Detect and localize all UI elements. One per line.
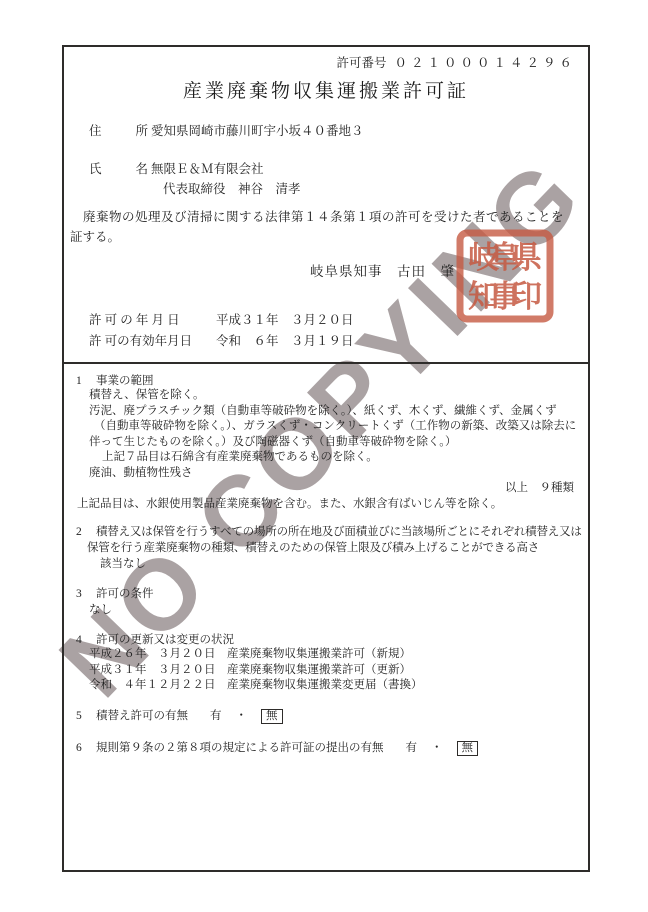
section2-answer: 該当なし xyxy=(100,555,146,571)
section1-line: 廃油、動植物性残さ xyxy=(89,466,576,482)
expiry-date-row: 許 可の有効年月日令和 ６年 ３月１９日 xyxy=(89,331,354,349)
section6-row: 6規則第９条の２第８項の規定による許可証の提出の有無有・無 xyxy=(76,739,478,755)
section1-title: 事業の範囲 xyxy=(96,375,154,387)
section1-line: 積替え、保管を除く。 xyxy=(89,388,576,404)
section5-yes-option: 有 xyxy=(210,710,222,722)
permit-document-frame: 許可番号０２１０００１４２９６ 産業廃棄物収集運搬業許可証 住 所愛知県岡崎市藤… xyxy=(62,45,590,872)
section1-mercury-note: 上記品目は、水銀使用製品産業廃棄物を含む。また、水銀含有ばいじん等を除く。 xyxy=(77,495,502,511)
section5-no-selected: 無 xyxy=(261,709,283,724)
permit-number-value: ０２１０００１４２９６ xyxy=(394,56,576,70)
section5-separator-dot: ・ xyxy=(236,710,248,722)
section1-body: 積替え、保管を除く。 汚泥、廃プラスチック類（自動車等破砕物を除く。）、紙くず、… xyxy=(89,388,576,482)
section4-title: 許可の更新又は変更の状況 xyxy=(96,634,234,646)
history-row: 令和 ４年１２月２２日 産業廃棄物収集運搬業変更届（書換） xyxy=(89,678,423,694)
svg-text:知事印: 知事印 xyxy=(468,279,542,314)
history-row: 平成３１年 ３月２０日 産業廃棄物収集運搬業許可（更新） xyxy=(89,663,423,679)
section6-title: 規則第９条の２第８項の規定による許可証の提出の有無 xyxy=(96,742,384,754)
section5-title: 積替え許可の有無 xyxy=(96,710,188,722)
section3-heading: 3許可の条件 xyxy=(76,585,154,601)
section5-number: 5 xyxy=(76,710,96,722)
section1-line: 汚泥、廃プラスチック類（自動車等破砕物を除く。）、紙くず、木くず、繊維くず、金属… xyxy=(89,404,576,420)
section2-line1: 2積替え又は保管を行うすべての場所の所在地及び面積並びに当該場所ごとにそれぞれ積… xyxy=(76,523,582,539)
section1-total-count: 以上 ９種類 xyxy=(505,479,574,495)
section6-separator-dot: ・ xyxy=(431,742,443,754)
section3-title: 許可の条件 xyxy=(96,588,154,600)
section6-number: 6 xyxy=(76,742,96,754)
governor-seal-stamp-icon: 岐阜県 知事印 xyxy=(455,228,555,324)
permit-date-row: 許 可 の 年 月 日平成３１年 ３月２０日 xyxy=(89,310,354,328)
section1-line: （自動車等破砕物を除く。）、ガラスくず・コンクリートくず（工作物の新築、改築又は… xyxy=(89,419,576,435)
permit-number-line: 許可番号０２１０００１４２９６ xyxy=(336,53,576,71)
permit-number-label: 許可番号 xyxy=(336,56,386,70)
governor-name: 岐阜県知事 古田 肇 xyxy=(310,260,455,280)
section4-heading: 4許可の更新又は変更の状況 xyxy=(76,631,234,647)
address-value: 愛知県岡崎市藤川町宇小坂４０番地３ xyxy=(151,124,364,138)
section3-answer: なし xyxy=(89,601,112,617)
address-label: 住 所 xyxy=(89,121,151,139)
section2-text1: 積替え又は保管を行うすべての場所の所在地及び面積並びに当該場所ごとにそれぞれ積替… xyxy=(96,526,582,538)
section4-number: 4 xyxy=(76,634,96,646)
company-name: 無限Ｅ＆Ｍ有限会社 xyxy=(151,162,264,176)
section1-line: 伴って生じたものを除く。）及び陶磁器くず（自動車等破砕物を除く。） xyxy=(89,435,576,451)
document-title: 産業廃棄物収集運搬業許可証 xyxy=(64,76,588,103)
holder-address-row: 住 所愛知県岡崎市藤川町宇小坂４０番地３ xyxy=(89,121,364,139)
svg-text:岐阜県: 岐阜県 xyxy=(468,240,542,275)
holder-name-row: 氏 名無限Ｅ＆Ｍ有限会社 xyxy=(89,159,264,177)
representative-line: 代表取締役 神谷 清孝 xyxy=(163,179,301,197)
section2-line2: 保管を行う産業廃棄物の種類、積替えのための保管上限及び積み上げることができる高さ xyxy=(87,539,539,555)
section3-number: 3 xyxy=(76,588,96,600)
certification-text-line1: 廃棄物の処理及び清掃に関する法律第１４条第１項の許可を受けた者であることを xyxy=(70,207,564,225)
history-row: 平成２６年 ３月２０日 産業廃棄物収集運搬業許可（新規） xyxy=(89,647,423,663)
section1-line: 上記７品目は石綿含有産業廃棄物であるものを除く。 xyxy=(89,450,576,466)
section6-yes-option: 有 xyxy=(406,742,418,754)
permit-date-value: 平成３１年 ３月２０日 xyxy=(216,313,354,327)
section6-no-selected: 無 xyxy=(457,741,479,756)
section1-heading: 1事業の範囲 xyxy=(76,372,154,388)
section4-history: 平成２６年 ３月２０日 産業廃棄物収集運搬業許可（新規） 平成３１年 ３月２０日… xyxy=(89,647,423,694)
section-divider xyxy=(64,362,588,364)
certification-text-line2: 証する。 xyxy=(70,227,120,245)
expiry-date-label: 許 可の有効年月日 xyxy=(89,331,216,349)
section1-number: 1 xyxy=(76,375,96,387)
section2-number: 2 xyxy=(76,526,96,538)
name-label: 氏 名 xyxy=(89,159,151,177)
expiry-date-value: 令和 ６年 ３月１９日 xyxy=(216,334,354,348)
scanned-permit-page: { "watermark": "NO COPYING", "header": {… xyxy=(0,0,648,912)
permit-date-label: 許 可 の 年 月 日 xyxy=(89,310,216,328)
section5-row: 5積替え許可の有無有・無 xyxy=(76,707,283,723)
